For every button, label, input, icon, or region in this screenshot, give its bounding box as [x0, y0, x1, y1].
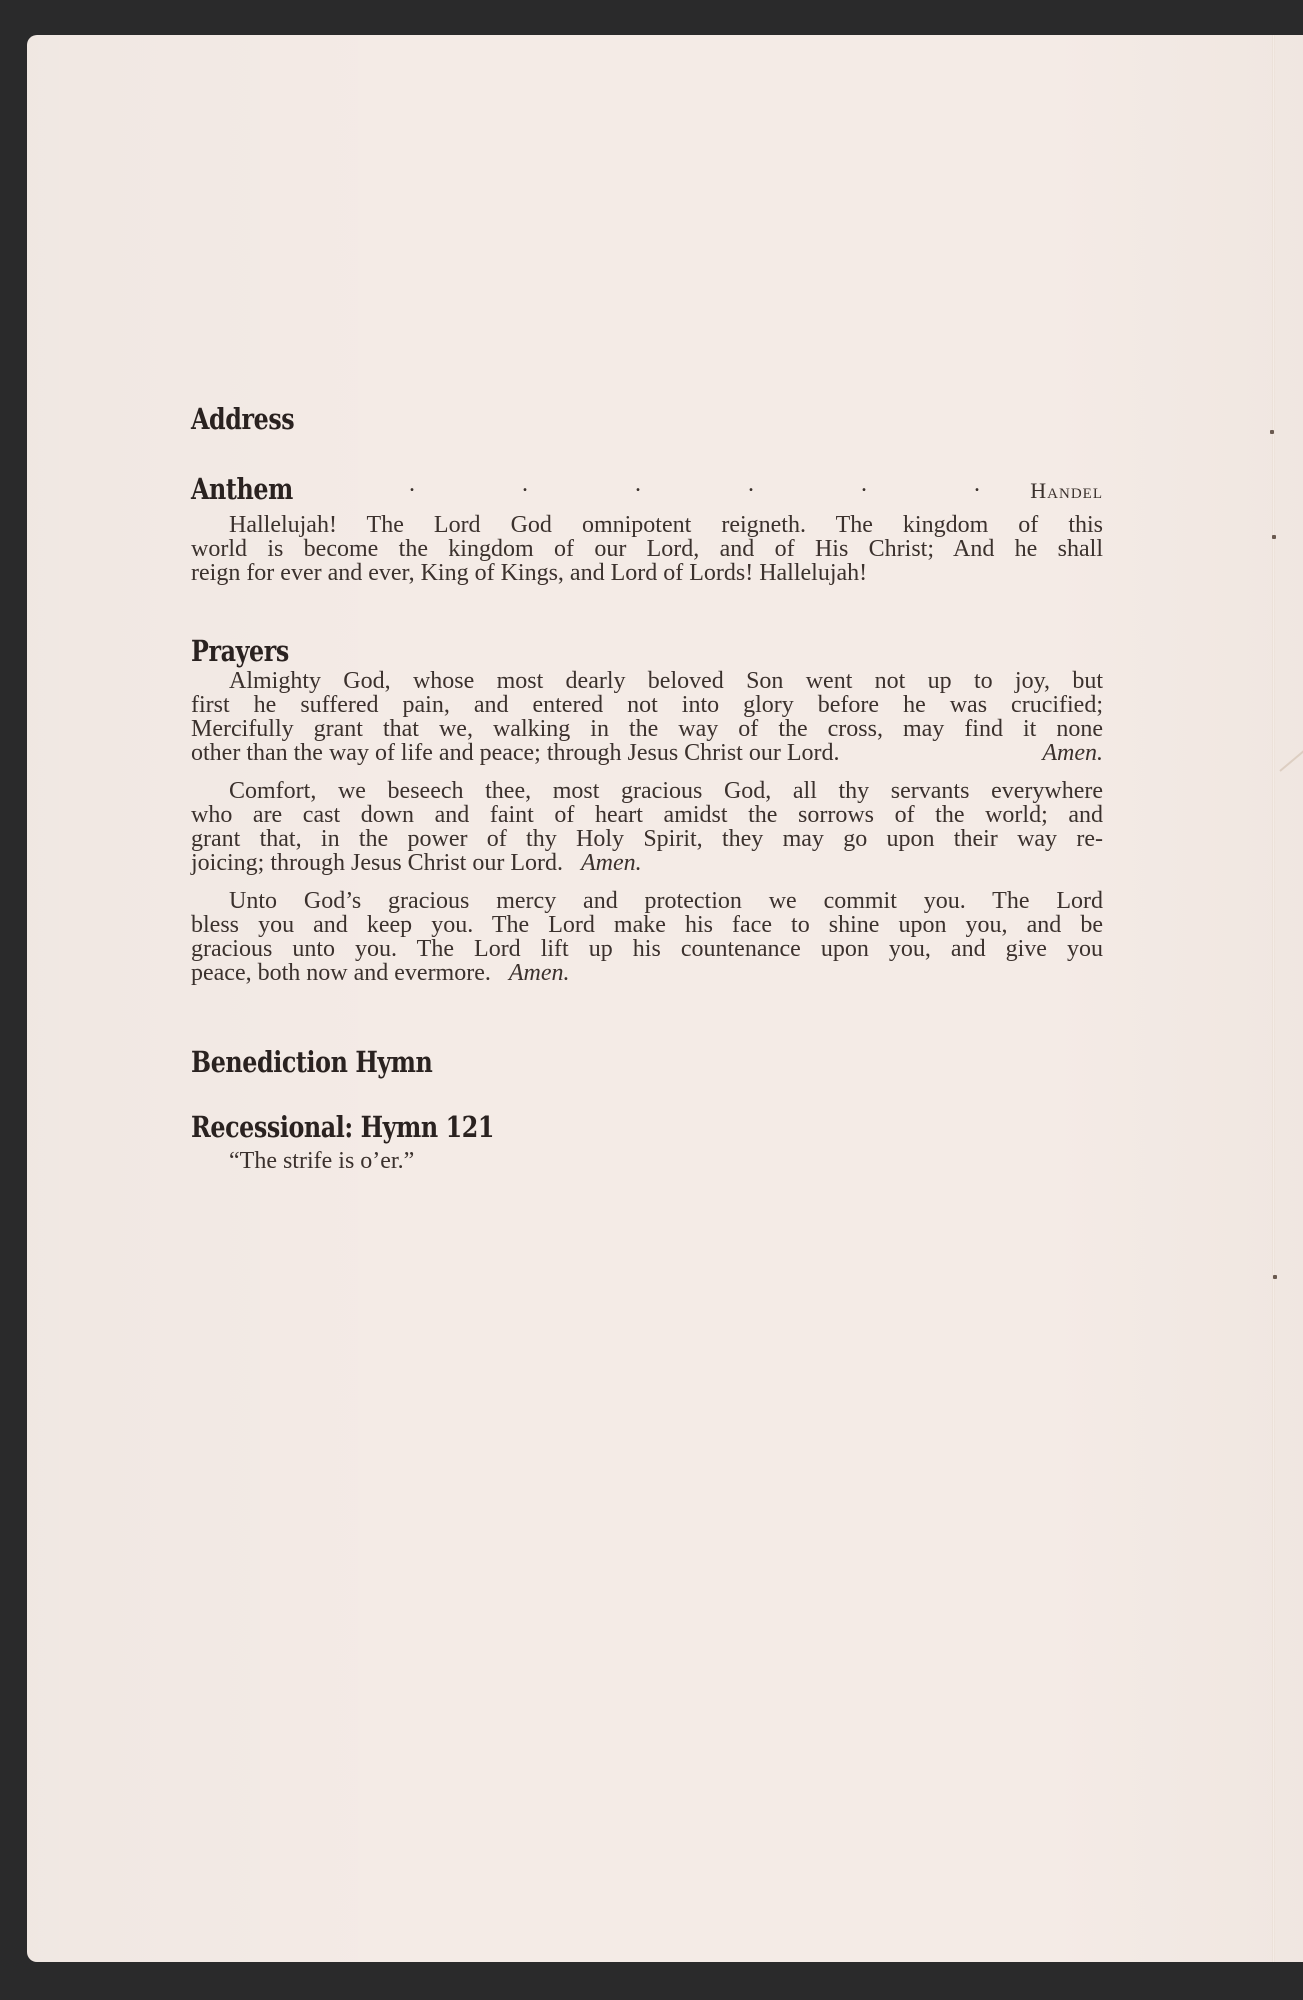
- prayer-2-line: Comfort, we beseech thee, most gracious …: [191, 779, 1103, 803]
- amen: Amen.: [581, 850, 642, 876]
- prayer-1-line: Almighty God, whose most dearly beloved …: [191, 669, 1103, 693]
- amen: Amen.: [509, 960, 570, 986]
- leader-dots: ......: [409, 471, 1087, 498]
- prayer-2-line: who are cast down and faint of heart ami…: [191, 803, 1103, 827]
- prayer-1-line: first he suffered pain, and entered not …: [191, 693, 1103, 717]
- binding-thread: [1279, 745, 1303, 772]
- prayer-1-line-last: other than the way of life and peace; th…: [191, 741, 1103, 765]
- composer-name: Handel: [1030, 478, 1103, 504]
- section-heading-anthem: Anthem: [191, 472, 293, 506]
- anthem-text-line: Hallelujah! The Lord God omnipotent reig…: [191, 513, 1103, 537]
- binding-mark: [1273, 1275, 1277, 1279]
- program-page: Address Anthem ...... Handel Hallelujah!…: [27, 35, 1303, 1962]
- section-heading-recessional: Recessional: Hymn 121: [191, 1110, 494, 1144]
- prayer-2-line-last: joicing; through Jesus Christ our Lord. …: [191, 851, 1103, 875]
- section-heading-prayers: Prayers: [191, 634, 289, 668]
- amen: Amen.: [1042, 741, 1103, 765]
- anthem-text-line: reign for ever and ever, King of Kings, …: [191, 561, 1103, 585]
- anthem-text-line: world is become the kingdom of our Lord,…: [191, 537, 1103, 561]
- hymn-quote: “The strife is o’er.”: [229, 1148, 414, 1175]
- section-heading-address: Address: [191, 402, 294, 436]
- prayer-3-line: Unto God’s gracious mercy and protection…: [191, 889, 1103, 913]
- prayer-1-line: Mercifully grant that we, walking in the…: [191, 717, 1103, 741]
- binding-mark: [1272, 535, 1276, 539]
- page-fold: [1272, 35, 1275, 1962]
- binding-mark: [1270, 430, 1274, 434]
- prayer-3-line: bless you and keep you. The Lord make hi…: [191, 913, 1103, 937]
- prayer-3-line-last: peace, both now and evermore. Amen.: [191, 961, 1103, 985]
- section-heading-benediction: Benediction Hymn: [191, 1045, 432, 1079]
- prayer-3-line: gracious unto you. The Lord lift up his …: [191, 937, 1103, 961]
- prayer-2-line: grant that, in the power of thy Holy Spi…: [191, 827, 1103, 851]
